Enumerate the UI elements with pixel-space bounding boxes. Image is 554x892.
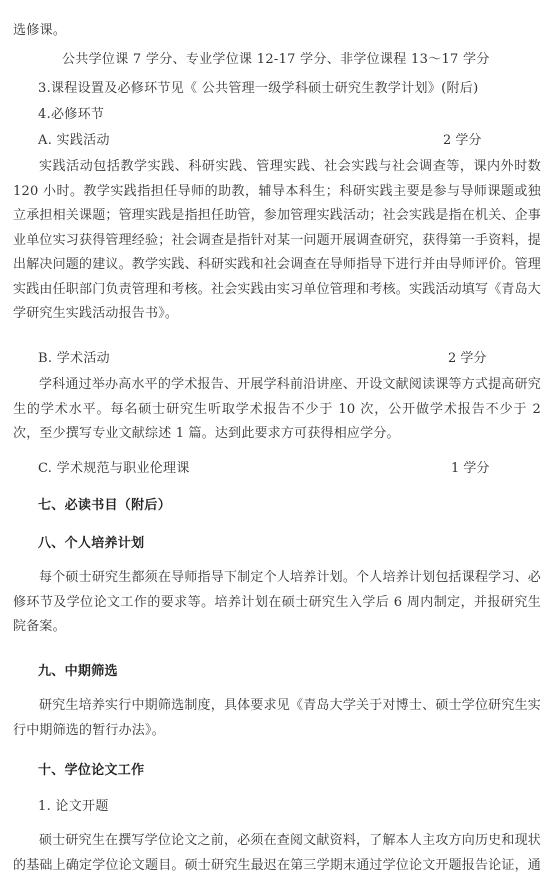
item-a-credit: 2 学分 (443, 132, 481, 150)
credit-summary: 公共学位课 7 学分、专业学位课 12-17 学分、非学位课程 13～17 学分 (62, 51, 490, 69)
section-heading-9: 九、中期筛选 (38, 663, 118, 681)
item-c-credit: 1 学分 (451, 460, 489, 478)
subheading-required-links: 4.必修环节 (38, 106, 104, 124)
subheading-thesis-proposal: 1. 论文开题 (38, 798, 109, 816)
item-b-title: B. 学术活动 (38, 350, 110, 368)
item-b-body: 学科通过举办高水平的学术报告、开展学科前沿讲座、开设文献阅读课等方式提高研究生的… (13, 373, 541, 447)
section-heading-7: 七、必读书目（附后） (38, 497, 171, 515)
section-8-body: 每个硕士研究生都须在导师指导下制定个人培养计划。个人培养计划包括课程学习、必修环… (13, 566, 541, 640)
item-b-credit: 2 学分 (448, 350, 486, 368)
item-a-title: A. 实践活动 (38, 132, 110, 150)
section-heading-8: 八、个人培养计划 (38, 535, 144, 553)
section-heading-10: 十、学位论文工作 (38, 762, 144, 780)
section-10-body: 硕士研究生在撰写学位论文之前，必须在查阅文献资料，了解本人主攻方向历史和现状的基… (13, 829, 541, 878)
section-9-body: 研究生培养实行中期筛选制度，具体要求见《青岛大学关于对博士、硕士学位研究生实行中… (13, 694, 541, 743)
item-c-title: C. 学术规范与职业伦理课 (38, 460, 190, 478)
text-line: 选修课。 (13, 22, 66, 40)
course-setup-note: 3.课程设置及必修环节见《 公共管理一级学科硕士研究生教学计划》(附后) (38, 80, 478, 98)
item-a-body: 实践活动包括教学实践、科研实践、管理实践、社会实践与社会调查等，课内外时数 12… (13, 155, 541, 327)
